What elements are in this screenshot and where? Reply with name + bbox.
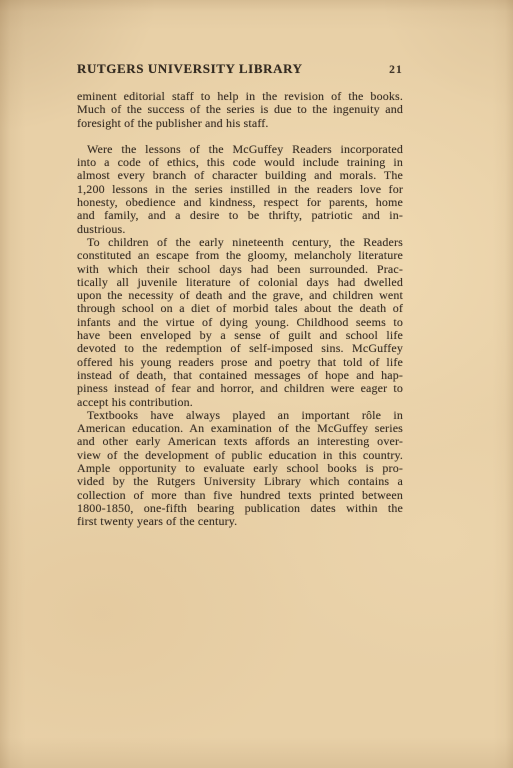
text-line: first twenty years of the century. <box>77 515 403 528</box>
text-line: collection of more than five hundred tex… <box>77 489 403 502</box>
text-line: instead of death, that contained message… <box>77 369 403 382</box>
text-line: Textbooks have always played an importan… <box>77 409 403 422</box>
text-line: foresight of the publisher and his staff… <box>77 117 403 130</box>
text-line: view of the development of public educat… <box>77 449 403 462</box>
text-line: infants and the virtue of dying young. C… <box>77 316 403 329</box>
text-line: Much of the success of the series is due… <box>77 103 403 116</box>
text-line: accept his contribution. <box>77 396 403 409</box>
text-line: and family, and a desire to be thrifty, … <box>77 209 403 222</box>
text-line: into a code of ethics, this code would i… <box>77 156 403 169</box>
text-line: dustrious. <box>77 223 403 236</box>
text-line: constituted an escape from the gloomy, m… <box>77 249 403 262</box>
paragraph: Textbooks have always played an importan… <box>77 409 403 529</box>
text-line: have been enveloped by a sense of guilt … <box>77 329 403 342</box>
scanned-page: RUTGERS UNIVERSITY LIBRARY 21 eminent ed… <box>0 0 513 768</box>
running-head: RUTGERS UNIVERSITY LIBRARY 21 <box>77 61 403 77</box>
text-line: 1,200 lessons in the series instilled in… <box>77 183 403 196</box>
paragraph: Were the lessons of the McGuffey Readers… <box>77 143 403 236</box>
text-line: piness instead of fear and horror, and c… <box>77 382 403 395</box>
text-line: almost every branch of character buildin… <box>77 169 403 182</box>
text-line: eminent editorial staff to help in the r… <box>77 90 403 103</box>
text-line: American education. An examination of th… <box>77 422 403 435</box>
text-line: offered his young readers prose and poet… <box>77 356 403 369</box>
text-line: with which their school days had been su… <box>77 263 403 276</box>
running-header-title: RUTGERS UNIVERSITY LIBRARY <box>77 61 303 77</box>
text-line: 1800-1850, one-fifth bearing publication… <box>77 502 403 515</box>
text-line: devoted to the redemption of self-impose… <box>77 342 403 355</box>
paragraph: To children of the early nineteenth cent… <box>77 236 403 409</box>
text-line: through school on a diet of morbid tales… <box>77 302 403 315</box>
text-line: vided by the Rutgers University Library … <box>77 475 403 488</box>
text-line: tically all juvenile literature of colon… <box>77 276 403 289</box>
text-line: upon the necessity of death and the grav… <box>77 289 403 302</box>
page-number: 21 <box>389 64 403 76</box>
body-text: eminent editorial staff to help in the r… <box>77 90 403 529</box>
text-line: Were the lessons of the McGuffey Readers… <box>77 143 403 156</box>
text-line: and other early American texts affords a… <box>77 435 403 448</box>
page-content: RUTGERS UNIVERSITY LIBRARY 21 eminent ed… <box>77 61 403 529</box>
text-line: honesty, obedience and kindness, respect… <box>77 196 403 209</box>
text-line: Ample opportunity to evaluate early scho… <box>77 462 403 475</box>
text-line: To children of the early nineteenth cent… <box>77 236 403 249</box>
paragraph: eminent editorial staff to help in the r… <box>77 90 403 130</box>
